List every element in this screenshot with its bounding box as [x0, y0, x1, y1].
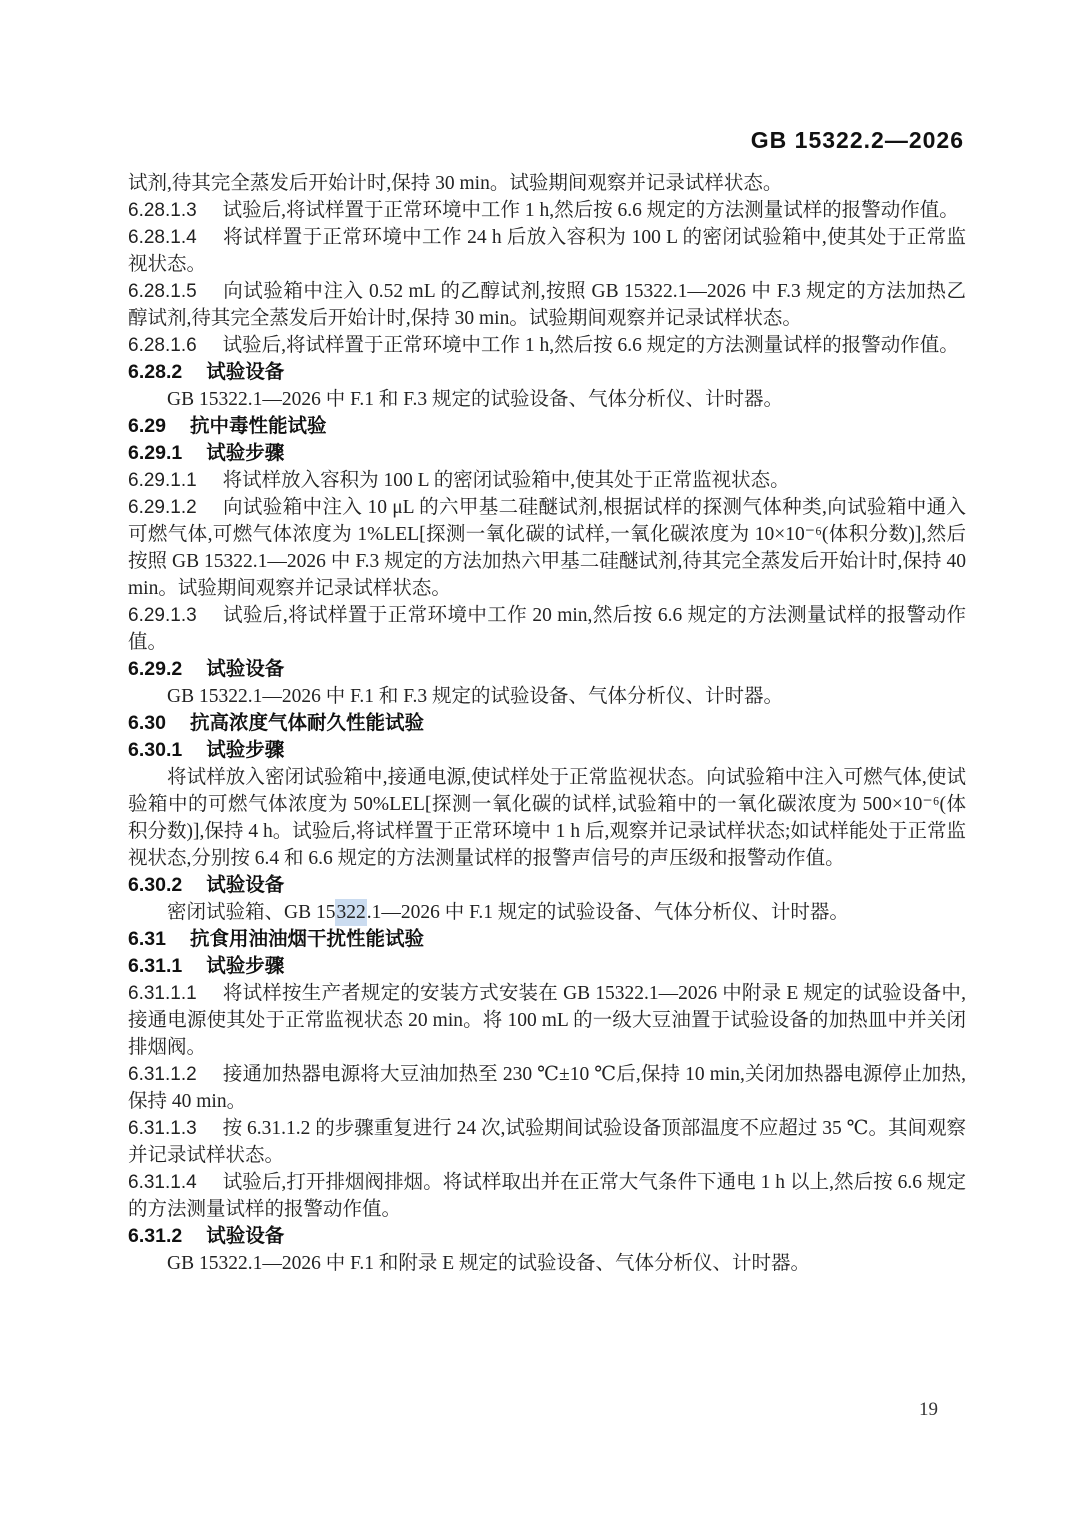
heading-6-28-2: 6.28.2试验设备 — [128, 359, 966, 386]
clause-text: 向试验箱中注入 0.52 mL 的乙醇试剂,按照 GB 15322.1—2026… — [128, 281, 966, 329]
clause-text: 接通加热器电源将大豆油加热至 230 ℃±10 ℃后,保持 10 min,关闭加… — [128, 1064, 966, 1112]
heading-text: 试验设备 — [206, 874, 284, 896]
heading-text: 试验设备 — [206, 658, 284, 680]
clause-6-31-1-1: 6.31.1.1将试样按生产者规定的安装方式安装在 GB 15322.1—202… — [128, 980, 966, 1061]
heading-number: 6.30 — [128, 712, 190, 734]
heading-number: 6.30.1 — [128, 739, 206, 761]
clause-text: 将试样放入容积为 100 L 的密闭试验箱中,使其处于正常监视状态。 — [223, 470, 790, 491]
clause-text: 按 6.31.1.2 的步骤重复进行 24 次,试验期间试验设备顶部温度不应超过… — [128, 1118, 966, 1166]
paragraph-6-29-2: GB 15322.1—2026 中 F.1 和 F.3 规定的试验设备、气体分析… — [128, 683, 966, 710]
text-selection-highlight: 322 — [335, 899, 366, 926]
heading-6-29-1: 6.29.1试验步骤 — [128, 440, 966, 467]
heading-number: 6.31 — [128, 928, 190, 950]
heading-6-30-2: 6.30.2试验设备 — [128, 872, 966, 899]
heading-number: 6.31.1 — [128, 955, 206, 977]
paragraph-text: 密闭试验箱、GB 15 — [167, 902, 335, 923]
continuation-paragraph: 试剂,待其完全蒸发后开始计时,保持 30 min。试验期间观察并记录试样状态。 — [128, 170, 966, 197]
paragraph-6-30-2: 密闭试验箱、GB 15322.1—2026 中 F.1 规定的试验设备、气体分析… — [128, 899, 966, 926]
clause-6-28-1-3: 6.28.1.3试验后,将试样置于正常环境中工作 1 h,然后按 6.6 规定的… — [128, 197, 966, 224]
heading-text: 试验步骤 — [206, 955, 284, 977]
heading-6-31-1: 6.31.1试验步骤 — [128, 953, 966, 980]
heading-number: 6.28.2 — [128, 361, 206, 383]
clause-6-31-1-2: 6.31.1.2接通加热器电源将大豆油加热至 230 ℃±10 ℃后,保持 10… — [128, 1061, 966, 1115]
clause-number: 6.29.1.2 — [128, 497, 223, 518]
heading-6-31: 6.31抗食用油油烟干扰性能试验 — [128, 926, 966, 953]
doc-number: GB 15322.2—2026 — [751, 127, 964, 154]
heading-6-31-2: 6.31.2试验设备 — [128, 1223, 966, 1250]
heading-6-29: 6.29抗中毒性能试验 — [128, 413, 966, 440]
heading-number: 6.29 — [128, 415, 190, 437]
heading-6-30: 6.30抗高浓度气体耐久性能试验 — [128, 710, 966, 737]
document-page: GB 15322.2—2026 试剂,待其完全蒸发后开始计时,保持 30 min… — [0, 0, 1080, 1527]
clause-number: 6.28.1.6 — [128, 335, 223, 356]
clause-6-28-1-4: 6.28.1.4将试样置于正常环境中工作 24 h 后放入容积为 100 L 的… — [128, 224, 966, 278]
clause-text: 试验后,将试样置于正常环境中工作 20 min,然后按 6.6 规定的方法测量试… — [128, 605, 966, 653]
clause-number: 6.28.1.4 — [128, 227, 223, 248]
page-body: 试剂,待其完全蒸发后开始计时,保持 30 min。试验期间观察并记录试样状态。 … — [128, 170, 966, 1277]
clause-text: 试验后,将试样置于正常环境中工作 1 h,然后按 6.6 规定的方法测量试样的报… — [223, 200, 959, 221]
clause-text: 将试样按生产者规定的安装方式安装在 GB 15322.1—2026 中附录 E … — [128, 983, 966, 1058]
paragraph-6-28-2: GB 15322.1—2026 中 F.1 和 F.3 规定的试验设备、气体分析… — [128, 386, 966, 413]
clause-number: 6.31.1.4 — [128, 1172, 223, 1193]
page-number: 19 — [919, 1399, 938, 1421]
clause-text: 试验后,将试样置于正常环境中工作 1 h,然后按 6.6 规定的方法测量试样的报… — [223, 335, 959, 356]
paragraph-text: .1—2026 中 F.1 规定的试验设备、气体分析仪、计时器。 — [367, 902, 849, 923]
heading-text: 抗食用油油烟干扰性能试验 — [190, 928, 424, 950]
clause-number: 6.31.1.3 — [128, 1118, 223, 1139]
clause-text: 将试样置于正常环境中工作 24 h 后放入容积为 100 L 的密闭试验箱中,使… — [128, 227, 966, 275]
clause-text: 试验后,打开排烟阀排烟。将试样取出并在正常大气条件下通电 1 h 以上,然后按 … — [128, 1172, 966, 1220]
clause-6-28-1-6: 6.28.1.6试验后,将试样置于正常环境中工作 1 h,然后按 6.6 规定的… — [128, 332, 966, 359]
clause-number: 6.28.1.3 — [128, 200, 223, 221]
clause-6-29-1-1: 6.29.1.1将试样放入容积为 100 L 的密闭试验箱中,使其处于正常监视状… — [128, 467, 966, 494]
clause-number: 6.28.1.5 — [128, 281, 223, 302]
clause-number: 6.29.1.1 — [128, 470, 223, 491]
clause-number: 6.31.1.1 — [128, 983, 223, 1004]
heading-number: 6.29.1 — [128, 442, 206, 464]
heading-number: 6.29.2 — [128, 658, 206, 680]
heading-text: 抗高浓度气体耐久性能试验 — [190, 712, 424, 734]
heading-text: 抗中毒性能试验 — [190, 415, 327, 437]
heading-6-30-1: 6.30.1试验步骤 — [128, 737, 966, 764]
clause-6-31-1-3: 6.31.1.3按 6.31.1.2 的步骤重复进行 24 次,试验期间试验设备… — [128, 1115, 966, 1169]
heading-text: 试验步骤 — [206, 739, 284, 761]
heading-text: 试验设备 — [206, 1225, 284, 1247]
clause-6-31-1-4: 6.31.1.4试验后,打开排烟阀排烟。将试样取出并在正常大气条件下通电 1 h… — [128, 1169, 966, 1223]
clause-6-28-1-5: 6.28.1.5向试验箱中注入 0.52 mL 的乙醇试剂,按照 GB 1532… — [128, 278, 966, 332]
heading-number: 6.30.2 — [128, 874, 206, 896]
paragraph-6-31-2: GB 15322.1—2026 中 F.1 和附录 E 规定的试验设备、气体分析… — [128, 1250, 966, 1277]
heading-text: 试验步骤 — [206, 442, 284, 464]
clause-number: 6.29.1.3 — [128, 605, 223, 626]
clause-6-29-1-3: 6.29.1.3试验后,将试样置于正常环境中工作 20 min,然后按 6.6 … — [128, 602, 966, 656]
clause-number: 6.31.1.2 — [128, 1064, 223, 1085]
clause-6-29-1-2: 6.29.1.2向试验箱中注入 10 μL 的六甲基二硅醚试剂,根据试样的探测气… — [128, 494, 966, 602]
heading-6-29-2: 6.29.2试验设备 — [128, 656, 966, 683]
paragraph-6-30-1: 将试样放入密闭试验箱中,接通电源,使试样处于正常监视状态。向试验箱中注入可燃气体… — [128, 764, 966, 872]
heading-number: 6.31.2 — [128, 1225, 206, 1247]
clause-text: 向试验箱中注入 10 μL 的六甲基二硅醚试剂,根据试样的探测气体种类,向试验箱… — [128, 497, 966, 599]
heading-text: 试验设备 — [206, 361, 284, 383]
